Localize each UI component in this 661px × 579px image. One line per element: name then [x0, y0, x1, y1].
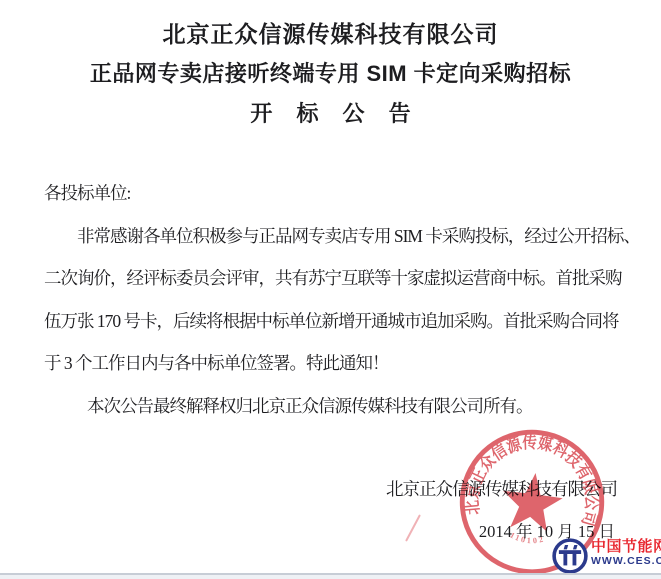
document-page: 北京正众信源传媒科技有限公司 正品网专卖店接听终端专用 SIM 卡定向采购招标 … [0, 0, 661, 579]
watermark-site-name: 中国节能网 [591, 538, 661, 555]
signature-company: 北京正众信源传媒科技有限公司 [386, 476, 617, 501]
window-bottom-area [0, 575, 661, 579]
body-line: 二次询价，经评标委员会评审，共有苏宁互联等十家虚拟运营商中标。首批采购 [44, 257, 629, 300]
logo-ring [554, 540, 586, 572]
body-line: 非常感谢各单位积极参与正品网专卖店专用 SIM 卡采购投标，经过公开招标、 [44, 215, 629, 258]
watermark-site-url: WWW.CES.CN [591, 555, 661, 567]
watermark-text: 中国节能网 WWW.CES.CN [591, 538, 661, 567]
company-title: 北京正众信源传媒科技有限公司 [0, 14, 661, 54]
bid-project-title: 正品网专卖店接听终端专用 SIM 卡定向采购招标 [0, 54, 661, 94]
ces-logo-icon [552, 538, 588, 574]
site-watermark: 中国节能网 WWW.CES.CN [552, 538, 661, 574]
ink-smudge [405, 514, 421, 541]
document-body: 各投标单位: 非常感谢各单位积极参与正品网专卖店专用 SIM 卡采购投标，经过公… [44, 172, 629, 427]
body-line: 于 3 个工作日内与各中标单位签署。特此通知！ [44, 342, 629, 385]
closing-line: 本次公告最终解释权归北京正众信源传媒科技有限公司所有。 [44, 385, 629, 428]
salutation: 各投标单位: [44, 172, 629, 215]
announcement-title: 开 标 公 告 [0, 94, 661, 134]
document-header: 北京正众信源传媒科技有限公司 正品网专卖店接听终端专用 SIM 卡定向采购招标 … [0, 14, 661, 134]
body-line: 伍万张 170 号卡，后续将根据中标单位新增开通城市追加采购。首批采购合同将 [44, 300, 629, 343]
